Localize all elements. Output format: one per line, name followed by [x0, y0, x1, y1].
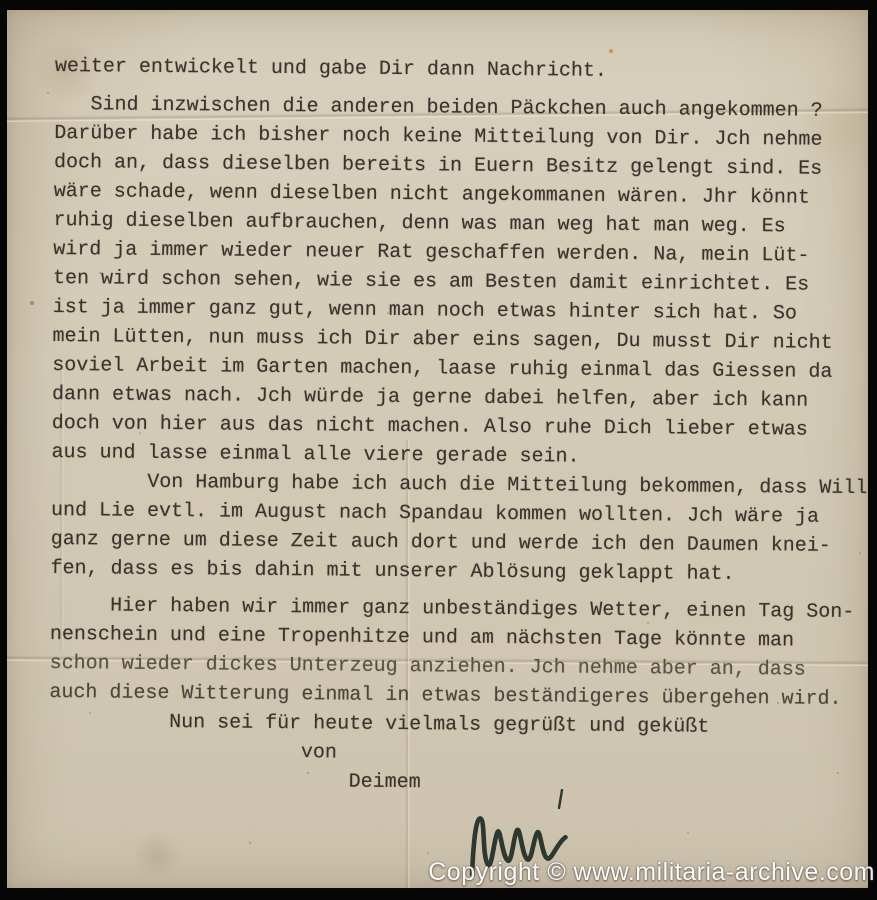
letter-line: Deimem: [49, 765, 862, 801]
scanned-letter-page: { "colors": { "paper": "#d3cbb8", "ink":…: [0, 0, 877, 900]
letter-body: weiter entwickelt und gabe Dir dann Nach…: [49, 52, 868, 801]
letter-paper: weiter entwickelt und gabe Dir dann Nach…: [7, 10, 868, 888]
pen-tick-mark-icon: [556, 789, 566, 809]
paper-specks: [7, 10, 9, 12]
copyright-watermark: Copyright © www.militaria-archive.com: [428, 858, 875, 887]
letter-line: weiter entwickelt und gabe Dir dann Nach…: [55, 52, 868, 88]
